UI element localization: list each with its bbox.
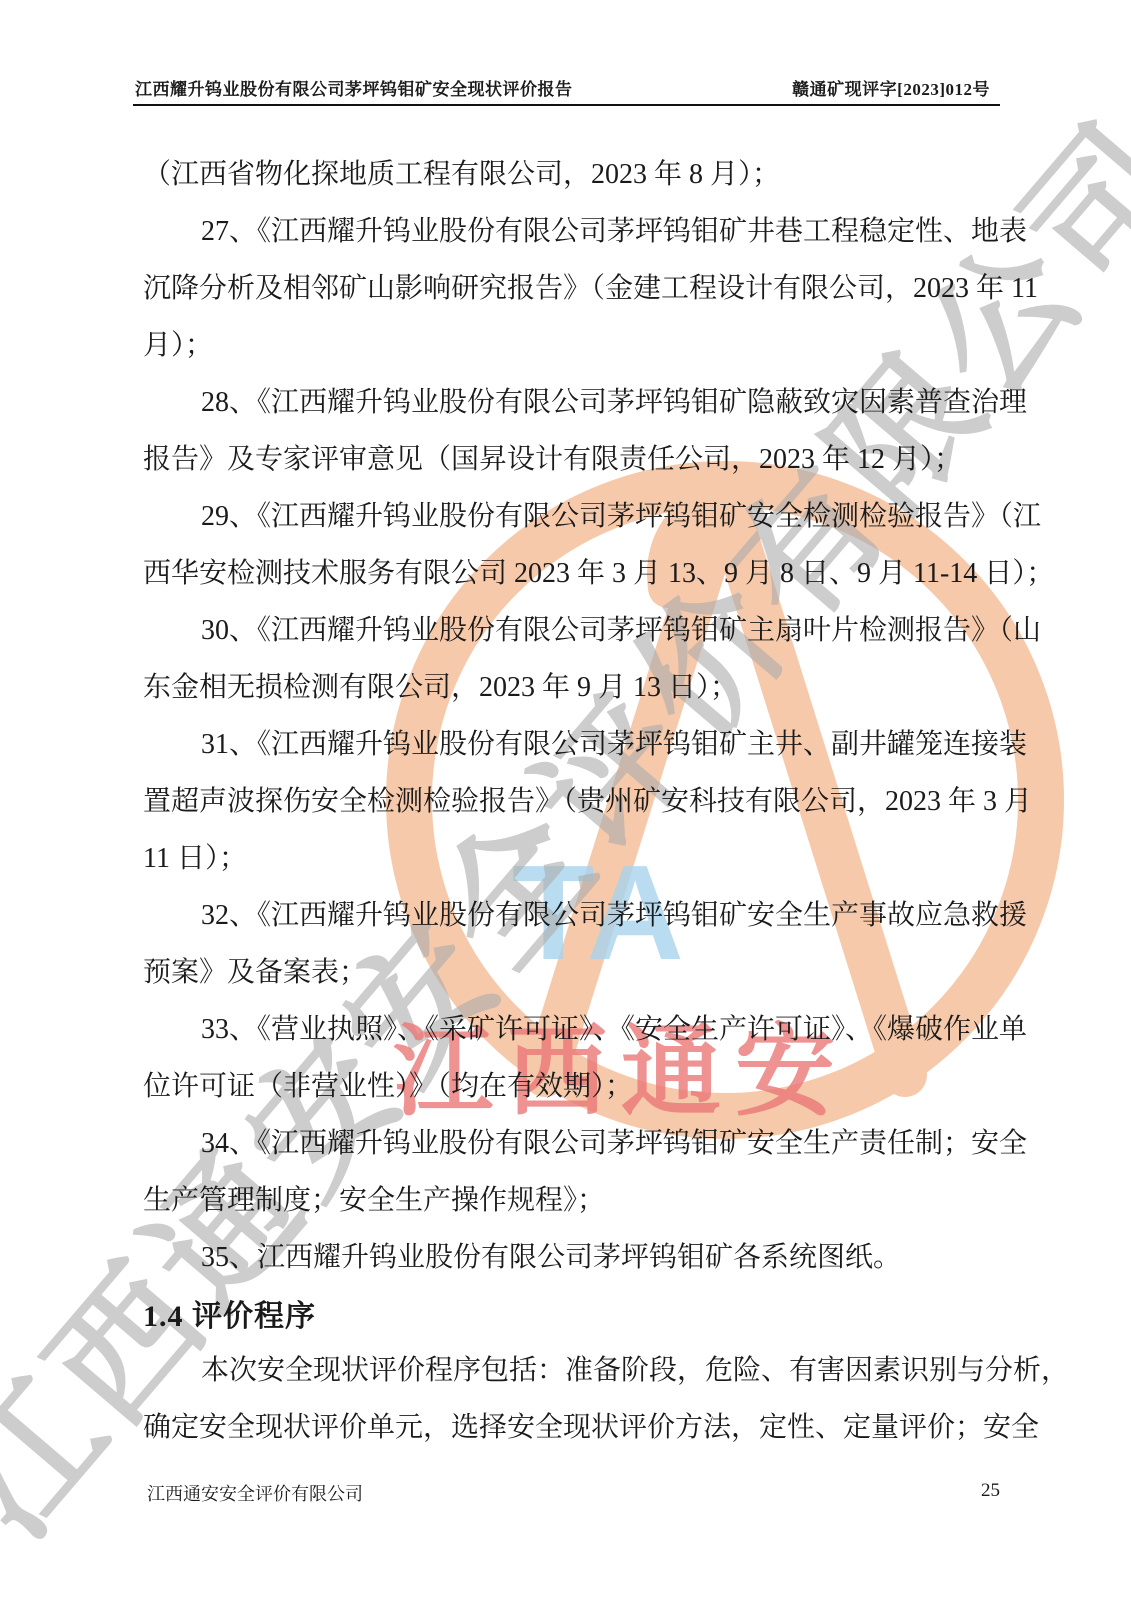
- body-line: 本次安全现状评价程序包括：准备阶段，危险、有害因素识别与分析，: [143, 1342, 1003, 1399]
- footer-page-number: 25: [981, 1480, 1000, 1502]
- body-line: 月）；: [143, 317, 1003, 374]
- body-line: 位许可证（非营业性）》（均在有效期）；: [143, 1058, 1003, 1115]
- header-rule: [133, 104, 1000, 106]
- header-report-title: 江西耀升钨业股份有限公司茅坪钨钼矿安全现状评价报告: [135, 75, 573, 100]
- page-header: 江西耀升钨业股份有限公司茅坪钨钼矿安全现状评价报告 赣通矿现评字[2023]01…: [133, 70, 1000, 106]
- body-line: 11 日）；: [143, 830, 1003, 887]
- body-line: （江西省物化探地质工程有限公司，2023 年 8 月）；: [143, 146, 1003, 203]
- body-line: 31、《江西耀升钨业股份有限公司茅坪钨钼矿主井、副井罐笼连接装: [143, 716, 1003, 773]
- content-lines: （江西省物化探地质工程有限公司，2023 年 8 月）；27、《江西耀升钨业股份…: [143, 146, 1003, 1456]
- body-line: 27、《江西耀升钨业股份有限公司茅坪钨钼矿井巷工程稳定性、地表: [143, 203, 1003, 260]
- body-line: 34、《江西耀升钨业股份有限公司茅坪钨钼矿安全生产责任制；安全: [143, 1115, 1003, 1172]
- body-line: 报告》及专家评审意见（国昇设计有限责任公司，2023 年 12 月）；: [143, 431, 1003, 488]
- body-line: 32、《江西耀升钨业股份有限公司茅坪钨钼矿安全生产事故应急救援: [143, 887, 1003, 944]
- footer-company: 江西通安安全评价有限公司: [147, 1480, 363, 1506]
- body-line: 确定安全现状评价单元，选择安全现状评价方法，定性、定量评价；安全: [143, 1399, 1003, 1456]
- body-line: 西华安检测技术服务有限公司 2023 年 3 月 13、9 月 8 日、9 月 …: [143, 545, 1003, 602]
- body-line: 35、江西耀升钨业股份有限公司茅坪钨钼矿各系统图纸。: [143, 1229, 1003, 1286]
- body-line: 东金相无损检测有限公司，2023 年 9 月 13 日）；: [143, 659, 1003, 716]
- body-line: 置超声波探伤安全检测检验报告》（贵州矿安科技有限公司，2023 年 3 月: [143, 773, 1003, 830]
- header-doc-number: 赣通矿现评字[2023]012号: [792, 75, 990, 100]
- body-line: 沉降分析及相邻矿山影响研究报告》（金建工程设计有限公司，2023 年 11: [143, 260, 1003, 317]
- body-line: 28、《江西耀升钨业股份有限公司茅坪钨钼矿隐蔽致灾因素普查治理: [143, 374, 1003, 431]
- body-line: 29、《江西耀升钨业股份有限公司茅坪钨钼矿安全检测检验报告》（江: [143, 488, 1003, 545]
- body-line: 生产管理制度；安全生产操作规程》；: [143, 1172, 1003, 1229]
- page-footer: 江西通安安全评价有限公司 25: [147, 1480, 1003, 1506]
- section-heading: 1.4 评价程序: [143, 1292, 1003, 1342]
- report-page: { "header": { "left_title": "江西耀升钨业股份有限公…: [0, 0, 1131, 1600]
- body-line: 30、《江西耀升钨业股份有限公司茅坪钨钼矿主扇叶片检测报告》（山: [143, 602, 1003, 659]
- body-line: 33、《营业执照》、《采矿许可证》、《安全生产许可证》、《爆破作业单: [143, 1001, 1003, 1058]
- body-line: 预案》及备案表；: [143, 944, 1003, 1001]
